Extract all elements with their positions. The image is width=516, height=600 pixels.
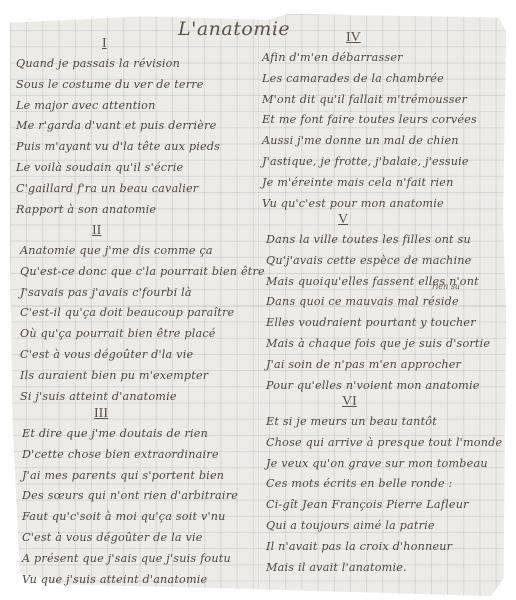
verse-line: Dans la ville toutes les filles ont su [266,230,516,251]
verse-line: Je m'éreinte mais cela n'fait rien [262,173,512,194]
verse-line: C'est à vous dégoûter de la vie [22,528,272,549]
verse-line: Me r'garda d'vant et puis derrière [16,116,266,137]
verse-line: Des sœurs qui n'ont rien d'arbitraire [22,486,272,507]
stanza-6: VI Et si je meurs un beau tantôt Chose q… [266,394,516,578]
verse-line: Qui a toujours aimé la patrie [266,516,516,537]
verse-line: M'ont dit qu'il fallait m'trémousser [262,90,512,111]
verse-line: Faut qu'c'soit à moi qu'ça soit v'nu [22,507,272,528]
verse-line: Mais il avait l'anatomie. [266,558,516,579]
verse-line: Où qu'ça pourrait bien être placé [20,324,270,345]
verse-line: D'cette chose bien extraordinaire [22,445,272,466]
verse-line: Le voilà soudain qu'il s'écrie [16,158,266,179]
verse-line: C'est-il qu'ça doit beaucoup paraître [20,303,270,324]
verse-line: Elles voudraient pourtant y toucher [266,313,516,334]
verse-line: Puis m'ayant vu d'la tête aux pieds [16,137,266,158]
verse-line: Mais quoiqu'elles fassent elles n'ont [266,272,516,293]
verse-line: C'gaillard f'ra un beau cavalier [16,179,266,200]
verse-line: Si j'suis atteint d'anatomie [20,387,270,408]
verse-line: J'ai mes parents qui s'portent bien [22,466,272,487]
verse-line: Et si je meurs un beau tantôt [266,412,516,433]
stanza-numeral: IV [346,30,516,48]
verse-line: Les camarades de la chambrée [262,69,512,90]
verse-line: Et me font faire toutes leurs corvées [262,110,512,131]
verse-line: A présent que j'sais que j'suis foutu [22,549,272,570]
verse-line: J'savais pas j'avais c'fourbi là [20,283,270,304]
verse-line: Dans quoi ce mauvais mal réside [266,292,516,313]
stanza-1: I Quand je passais la révision Sous le c… [16,36,266,220]
verse-line: C'est à vous dégoûter d'la vie [20,345,270,366]
verse-line: Qu'j'avais cette espèce de machine [266,251,516,272]
stanza-2: II Anatomie que j'me dis comme ça Qu'est… [20,223,270,407]
verse-line: Chose qui arrive à presque tout l'monde [266,433,516,454]
verse-line: Vu que j'suis atteint d'anatomie [22,570,272,591]
verse-line: Le major avec attention [16,96,266,117]
insertion-note: rien su [432,282,460,291]
stanza-4: IV Afin d'm'en débarrasser Les camarades… [262,30,512,214]
verse-line: Mais à chaque fois que je suis d'sortie [266,334,516,355]
verse-line: Afin d'm'en débarrasser [262,48,512,69]
verse-line: Ils auraient bien pu m'exempter [20,366,270,387]
verse-line: Ces mots écrits en belle ronde : [266,474,516,495]
stanza-numeral: V [338,212,516,230]
verse-line: Anatomie que j'me dis comme ça [20,241,270,262]
verse-line: J'astique, je frotte, j'balaie, j'essuie [262,152,512,173]
verse-line: J'ai soin de n'pas m'en approcher [266,355,516,376]
verse-line: Je veux qu'on grave sur mon tombeau [266,454,516,475]
verse-line: Quand je passais la révision [16,54,266,75]
stanza-5: V Dans la ville toutes les filles ont su… [266,212,516,396]
verse-line: Il n'avait pas la croix d'honneur [266,537,516,558]
verse-line: Rapport à son anatomie [16,200,266,221]
verse-line: Sous le costume du ver de terre [16,75,266,96]
stanza-numeral: VI [342,394,516,412]
verse-line: Ci-gît Jean François Pierre Lafleur [266,495,516,516]
stanza-3: III Et dire que j'me doutais de rien D'c… [22,406,272,590]
verse-line: Aussi j'me donne un mal de chien [262,131,512,152]
verse-line: Et dire que j'me doutais de rien [22,424,272,445]
verse-line: Qu'est-ce donc que c'la pourrait bien êt… [20,262,270,283]
